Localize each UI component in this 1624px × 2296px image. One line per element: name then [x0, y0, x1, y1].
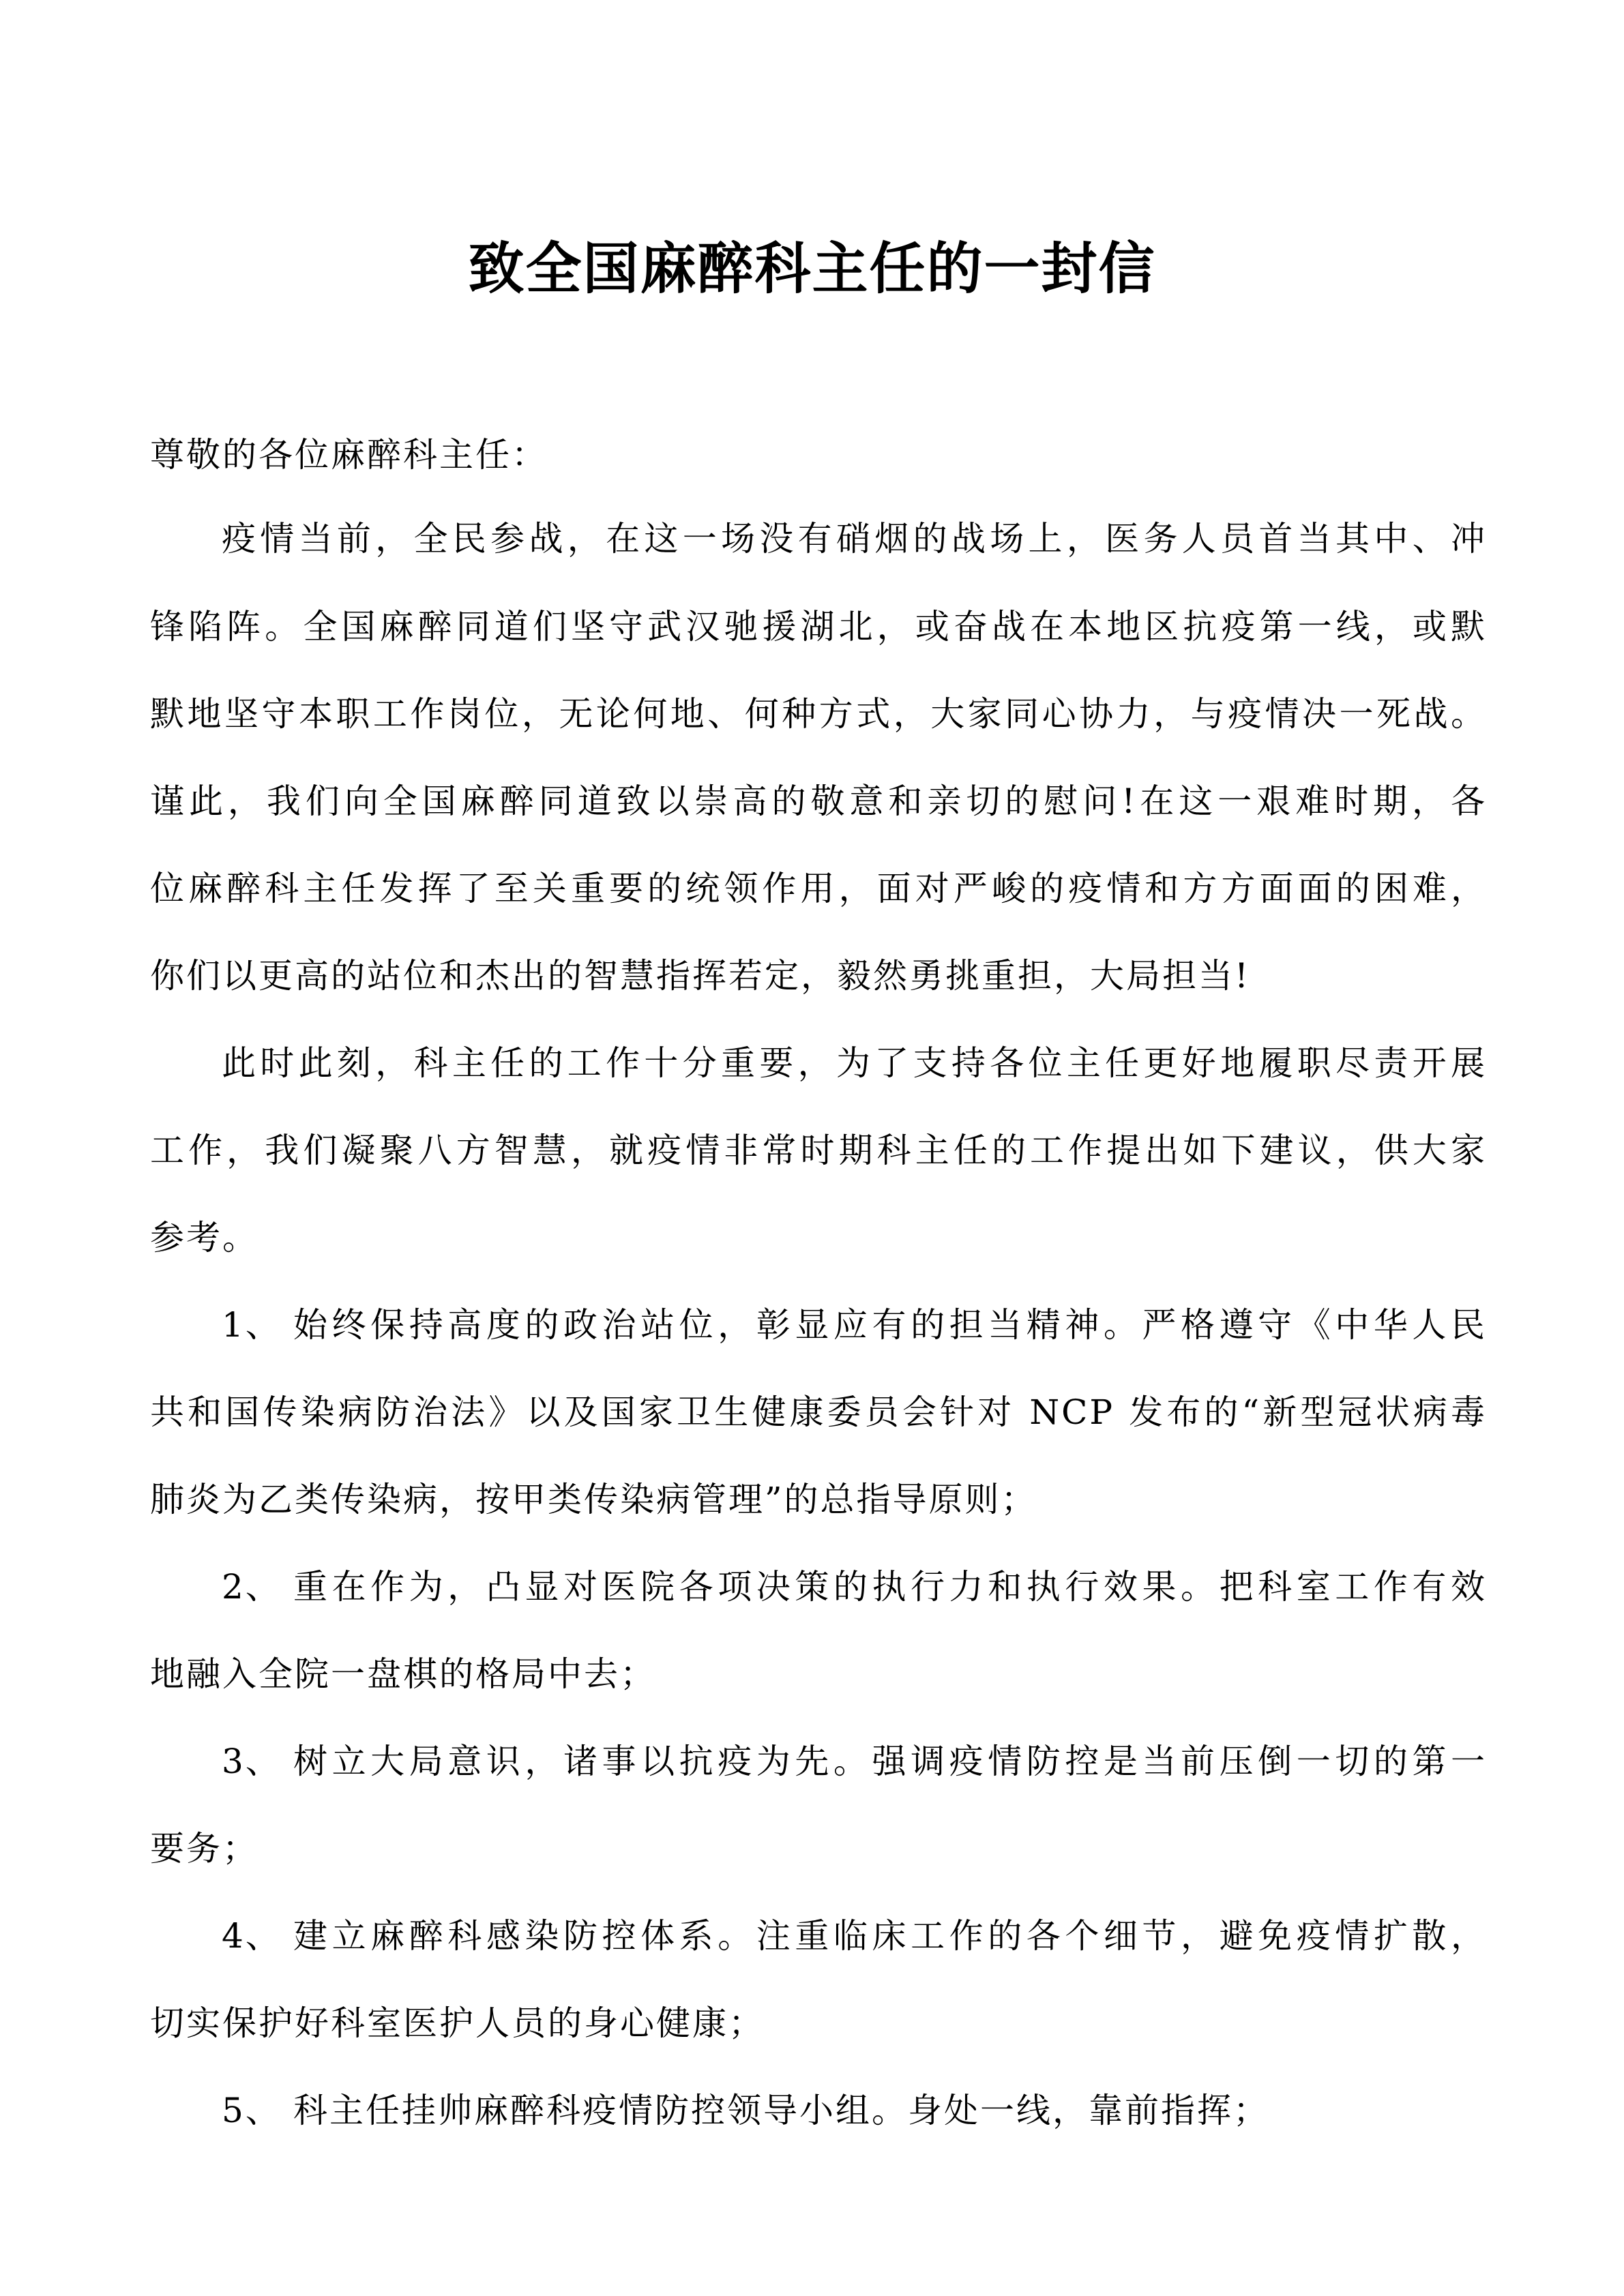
- paragraph-1-line-6: 你们以更高的站位和杰出的智慧指挥若定，毅然勇挑重担，大局担当!: [150, 952, 1487, 1000]
- paragraph-1-line-2: 锋陷阵。全国麻醉同道们坚守武汉驰援湖北，或奋战在本地区抗疫第一线，或默: [150, 603, 1487, 651]
- list-item-number: 2、: [222, 1563, 293, 1611]
- list-item-3-line-2: 要务；: [150, 1825, 1487, 1873]
- list-item-4-line-2: 切实保护好科室医护人员的身心健康；: [150, 1999, 1487, 2047]
- list-item-text: 重在作为，凸显对医院各项决策的执行力和执行效果。把科室工作有效: [293, 1563, 1487, 1611]
- list-item-1-line-2: 共和国传染病防治法》以及国家卫生健康委员会针对 NCP 发布的“新型冠状病毒: [150, 1388, 1487, 1436]
- list-item-2-line-2: 地融入全院一盘棋的格局中去；: [150, 1650, 1487, 1698]
- list-item-number: 1、: [222, 1301, 293, 1349]
- paragraph-1-line-4: 谨此，我们向全国麻醉同道致以崇高的敬意和亲切的慰问!在这一艰难时期，各: [150, 777, 1487, 825]
- paragraph-1-line-5: 位麻醉科主任发挥了至关重要的统领作用，面对严峻的疫情和方方面面的困难，: [150, 865, 1487, 912]
- salutation: 尊敬的各位麻醉科主任：: [150, 431, 1487, 479]
- paragraph-2-line-2: 工作，我们凝聚八方智慧，就疫情非常时期科主任的工作提出如下建议，供大家: [150, 1127, 1487, 1174]
- list-item-1-line-3: 肺炎为乙类传染病，按甲类传染病管理”的总指导原则；: [150, 1476, 1487, 1523]
- list-item-number: 4、: [222, 1912, 293, 1960]
- list-item-2: 2、 重在作为，凸显对医院各项决策的执行力和执行效果。把科室工作有效: [222, 1563, 1487, 1611]
- list-item-number: 3、: [222, 1738, 293, 1785]
- list-item-5: 5、 科主任挂帅麻醉科疫情防控领导小组。身处一线，靠前指挥；: [222, 2087, 1487, 2134]
- list-item-text: 树立大局意识，诸事以抗疫为先。强调疫情防控是当前压倒一切的第一: [293, 1738, 1487, 1785]
- list-item-text: 建立麻醉科感染防控体系。注重临床工作的各个细节，避免疫情扩散，: [293, 1912, 1487, 1960]
- paragraph-1-line-1: 疫情当前，全民参战，在这一场没有硝烟的战场上，医务人员首当其中、冲: [222, 515, 1487, 563]
- paragraph-2-line-1: 此时此刻，科主任的工作十分重要，为了支持各位主任更好地履职尽责开展: [222, 1039, 1487, 1087]
- paragraph-2-line-3: 参考。: [150, 1214, 1487, 1262]
- list-item-text: 科主任挂帅麻醉科疫情防控领导小组。身处一线，靠前指挥；: [293, 2087, 1269, 2134]
- list-item-number: 5、: [222, 2087, 293, 2134]
- list-item-text: 始终保持高度的政治站位，彰显应有的担当精神。严格遵守《中华人民: [293, 1301, 1487, 1349]
- document-page: 致全国麻醉科主任的一封信 尊敬的各位麻醉科主任： 疫情当前，全民参战，在这一场没…: [0, 0, 1624, 2296]
- list-item-1: 1、 始终保持高度的政治站位，彰显应有的担当精神。严格遵守《中华人民: [222, 1301, 1487, 1349]
- paragraph-1-line-3: 默地坚守本职工作岗位，无论何地、何种方式，大家同心协力，与疫情决一死战。: [150, 690, 1487, 738]
- document-title: 致全国麻醉科主任的一封信: [0, 232, 1624, 307]
- list-item-3: 3、 树立大局意识，诸事以抗疫为先。强调疫情防控是当前压倒一切的第一: [222, 1738, 1487, 1785]
- list-item-4: 4、 建立麻醉科感染防控体系。注重临床工作的各个细节，避免疫情扩散，: [222, 1912, 1487, 1960]
